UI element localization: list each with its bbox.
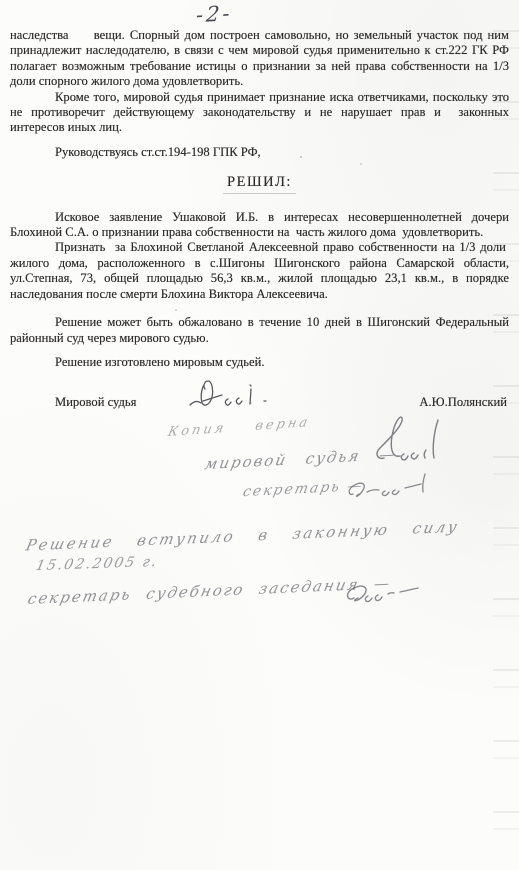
paragraph-continuation: наследства вещи. Спорный дом построен са… <box>10 28 509 90</box>
paragraph-recognition-of-claim: Кроме того, мировой судья принимает приз… <box>10 90 509 136</box>
handwriting-judge-line: мировой судья — <box>203 445 398 473</box>
signature-row: Мировой судья А.Ю.Полянский <box>10 389 509 417</box>
handwriting-judge-signature <box>360 414 470 472</box>
judge-name: А.Ю.Полянский <box>419 395 507 410</box>
handwriting-force-date: 15.02.2005 г. <box>34 554 159 574</box>
resolution-heading-wrap: РЕШИЛ: <box>10 175 509 193</box>
paragraph-guided-by: Руководствуясь ст.ст.194-198 ГПК РФ, <box>10 145 509 160</box>
paragraph-decision-prepared: Решение изготовлено мировым судьей. <box>10 355 509 370</box>
handwriting-secretary-line: секретарь — <box>241 478 365 501</box>
scan-speck <box>360 163 362 165</box>
page-number: -2- <box>195 0 317 27</box>
judge-role-label: Мировой судья <box>55 395 136 410</box>
handwriting-secretary-signature <box>345 470 435 510</box>
handwriting-secretary-session-line: секретарь судебного заседания — <box>26 574 393 608</box>
handwriting-secretary-session-signature <box>340 572 440 616</box>
scan-speck <box>250 402 252 404</box>
resolution-heading: РЕШИЛ: <box>223 175 296 193</box>
paragraph-ownership-recognized: Признать за Блохиной Светланой Алексеевн… <box>10 240 509 302</box>
paragraph-claim-granted: Исковое заявление Ушаковой И.Б. в интере… <box>10 210 509 241</box>
handwriting-entered-force: Решение вступило в законную силу <box>24 517 461 554</box>
judge-signature <box>188 375 280 417</box>
paragraph-appeal-terms: Решение может быть обжаловано в течение … <box>10 315 509 346</box>
scanned-court-decision-page: -2- наследства вещи. Спорный дом построе… <box>0 0 519 870</box>
scan-speck <box>175 309 177 311</box>
handwriting-copy-true: Копия верна <box>167 415 312 440</box>
scan-speck <box>300 156 302 158</box>
document-body: наследства вещи. Спорный дом построен са… <box>10 28 509 417</box>
